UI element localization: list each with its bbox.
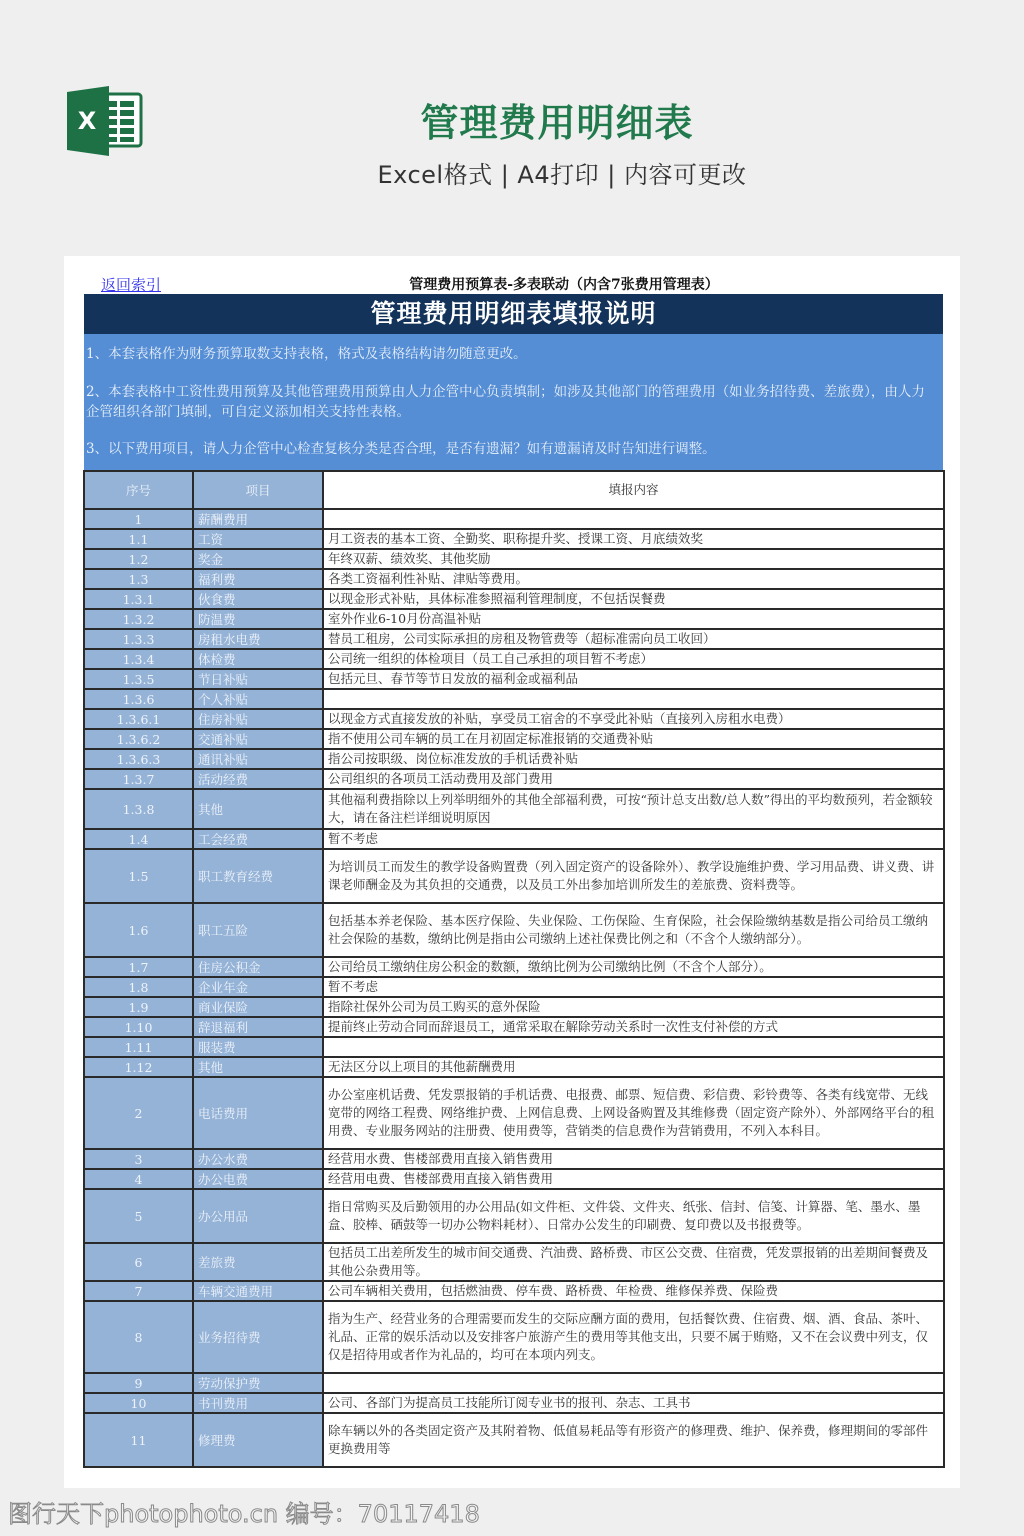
row-content[interactable]: 以现金形式补贴，具体标准参照福利管理制度，不包括误餐费 [323, 589, 944, 609]
table-row: 1.3.6.2交通补贴指不使用公司车辆的员工在月初固定标准报销的交通费补贴 [84, 729, 944, 749]
table-row: 2电话费用办公室座机话费、凭发票报销的手机话费、电报费、邮票、短信费、彩信费、彩… [84, 1077, 944, 1149]
row-item[interactable]: 企业年金 [193, 977, 323, 997]
sheet-preview: 返回索引 管理费用预算表-多表联动（内含7张费用管理表） 管理费用明细表填报说明… [64, 256, 960, 1488]
row-content[interactable]: 替员工租房，公司实际承担的房租及物管费等（超标准需向员工收回） [323, 629, 944, 649]
row-seq[interactable]: 5 [84, 1189, 193, 1243]
table-row: 1.8企业年金暂不考虑 [84, 977, 944, 997]
table-row: 5办公用品指日常购买及后勤领用的办公用品(如文件柜、文件袋、文件夹、纸张、信封、… [84, 1189, 944, 1243]
note-2: 2、本套表格中工资性费用预算及其他管理费用预算由人力企管中心负责填制；如涉及其他… [86, 382, 935, 422]
row-item[interactable]: 工资 [193, 529, 323, 549]
row-content[interactable] [323, 1373, 944, 1393]
note-1: 1、本套表格作为财务预算取数支持表格，格式及表格结构请勿随意更改。 [86, 344, 935, 364]
table-row: 1.1工资月工资表的基本工资、全勤奖、职称提升奖、授课工资、月底绩效奖 [84, 529, 944, 549]
table-row: 1.3.6.3通讯补贴指公司按职级、岗位标准发放的手机话费补贴 [84, 749, 944, 769]
row-seq[interactable]: 4 [84, 1169, 193, 1189]
row-seq[interactable]: 11 [84, 1413, 193, 1467]
row-content[interactable]: 公司给员工缴纳住房公积金的数额，缴纳比例为公司缴纳比例（不含个人部分）。 [323, 957, 944, 977]
instructions-panel: 1、本套表格作为财务预算取数支持表格，格式及表格结构请勿随意更改。 2、本套表格… [84, 334, 943, 470]
row-item[interactable]: 办公电费 [193, 1169, 323, 1189]
row-item[interactable]: 节日补贴 [193, 669, 323, 689]
table-row: 10书刊费用公司、各部门为提高员工技能所订阅专业书的报刊、杂志、工具书 [84, 1393, 944, 1413]
table-row: 8业务招待费指为生产、经营业务的合理需要而发生的交际应酬方面的费用，包括餐饮费、… [84, 1301, 944, 1373]
banner-title: 管理费用明细表填报说明 [84, 294, 943, 334]
row-seq[interactable]: 7 [84, 1281, 193, 1301]
row-content[interactable]: 办公室座机话费、凭发票报销的手机话费、电报费、邮票、短信费、彩信费、彩铃费等、各… [323, 1077, 944, 1149]
row-seq[interactable]: 1.3.6.3 [84, 749, 193, 769]
row-seq[interactable]: 1.3.6.1 [84, 709, 193, 729]
table-row: 3办公水费经营用水费、售楼部费用直接入销售费用 [84, 1149, 944, 1169]
row-seq[interactable]: 9 [84, 1373, 193, 1393]
table-row: 1.6职工五险包括基本养老保险、基本医疗保险、失业保险、工伤保险、生育保险，社会… [84, 903, 944, 957]
row-seq[interactable]: 1.3.6.2 [84, 729, 193, 749]
row-item[interactable]: 通讯补贴 [193, 749, 323, 769]
row-seq[interactable]: 1.6 [84, 903, 193, 957]
table-row: 1.2奖金年终双薪、绩效奖、其他奖励 [84, 549, 944, 569]
row-content[interactable]: 为培训员工而发生的教学设备购置费（列入固定资产的设备除外）、教学设施维护费、学习… [323, 849, 944, 903]
table-row: 1.7住房公积金公司给员工缴纳住房公积金的数额，缴纳比例为公司缴纳比例（不含个人… [84, 957, 944, 977]
table-row: 9劳动保护费 [84, 1373, 944, 1393]
row-seq[interactable]: 1.3.8 [84, 789, 193, 829]
row-item[interactable]: 活动经费 [193, 769, 323, 789]
row-content[interactable]: 指日常购买及后勤领用的办公用品(如文件柜、文件袋、文件夹、纸张、信封、信笺、计算… [323, 1189, 944, 1243]
row-content[interactable]: 暂不考虑 [323, 829, 944, 849]
row-seq[interactable]: 1.3.7 [84, 769, 193, 789]
row-item[interactable]: 住房补贴 [193, 709, 323, 729]
row-item[interactable]: 伙食费 [193, 589, 323, 609]
row-item[interactable]: 其他 [193, 789, 323, 829]
row-seq[interactable]: 1.3.4 [84, 649, 193, 669]
table-row: 1.3.8其他其他福利费指除以上列举明细外的其他全部福利费，可按“预计总支出数/… [84, 789, 944, 829]
column-header-item: 项目 [193, 471, 323, 509]
row-seq[interactable]: 1.8 [84, 977, 193, 997]
table-row: 1.3.3房租水电费替员工租房，公司实际承担的房租及物管费等（超标准需向员工收回… [84, 629, 944, 649]
row-content[interactable]: 公司、各部门为提高员工技能所订阅专业书的报刊、杂志、工具书 [323, 1393, 944, 1413]
row-item[interactable]: 商业保险 [193, 997, 323, 1017]
row-content[interactable]: 指公司按职级、岗位标准发放的手机话费补贴 [323, 749, 944, 769]
table-row: 4办公电费经营用电费、售楼部费用直接入销售费用 [84, 1169, 944, 1189]
row-item[interactable]: 劳动保护费 [193, 1373, 323, 1393]
row-seq[interactable]: 1.12 [84, 1057, 193, 1077]
row-content[interactable]: 室外作业6-10月份高温补贴 [323, 609, 944, 629]
table-row: 1.3.4体检费公司统一组织的体检项目（员工自己承担的项目暂不考虑） [84, 649, 944, 669]
row-seq[interactable]: 1.3.3 [84, 629, 193, 649]
row-item[interactable]: 防温费 [193, 609, 323, 629]
page-title: 管理费用明细表 [0, 92, 1024, 147]
row-item[interactable]: 职工教育经费 [193, 849, 323, 903]
row-seq[interactable]: 6 [84, 1243, 193, 1281]
table-row: 7车辆交通费用公司车辆相关费用，包括燃油费、停车费、路桥费、年检费、维修保养费、… [84, 1281, 944, 1301]
row-content[interactable]: 月工资表的基本工资、全勤奖、职称提升奖、授课工资、月底绩效奖 [323, 529, 944, 549]
table-row: 1.5职工教育经费为培训员工而发生的教学设备购置费（列入固定资产的设备除外）、教… [84, 849, 944, 903]
row-content[interactable]: 无法区分以上项目的其他薪酬费用 [323, 1057, 944, 1077]
row-item[interactable]: 工会经费 [193, 829, 323, 849]
row-item[interactable]: 业务招待费 [193, 1301, 323, 1373]
row-seq[interactable]: 1.7 [84, 957, 193, 977]
row-content[interactable]: 指为生产、经营业务的合理需要而发生的交际应酬方面的费用，包括餐饮费、住宿费、烟、… [323, 1301, 944, 1373]
table-row: 11修理费除车辆以外的各类固定资产及其附着物、低值易耗品等有形资产的修理费、维护… [84, 1413, 944, 1467]
row-content[interactable]: 指不使用公司车辆的员工在月初固定标准报销的交通费补贴 [323, 729, 944, 749]
row-item[interactable]: 修理费 [193, 1413, 323, 1467]
column-header-seq: 序号 [84, 471, 193, 509]
row-item[interactable]: 服装费 [193, 1037, 323, 1057]
row-seq[interactable]: 1.4 [84, 829, 193, 849]
table-row: 1.3.5节日补贴包括元旦、春节等节日发放的福利金或福利品 [84, 669, 944, 689]
row-item[interactable]: 书刊费用 [193, 1393, 323, 1413]
expense-table: 序号 项目 填报内容 1薪酬费用1.1工资月工资表的基本工资、全勤奖、职称提升奖… [83, 470, 945, 1468]
table-row: 1.3.6.1住房补贴以现金方式直接发放的补贴，享受员工宿舍的不享受此补贴（直接… [84, 709, 944, 729]
table-row: 1.12其他无法区分以上项目的其他薪酬费用 [84, 1057, 944, 1077]
row-seq[interactable]: 1.1 [84, 529, 193, 549]
row-content[interactable]: 其他福利费指除以上列举明细外的其他全部福利费，可按“预计总支出数/总人数”得出的… [323, 789, 944, 829]
row-item[interactable]: 办公用品 [193, 1189, 323, 1243]
row-seq[interactable]: 1.3.6 [84, 689, 193, 709]
row-content[interactable]: 提前终止劳动合同而辞退员工，通常采取在解除劳动关系时一次性支付补偿的方式 [323, 1017, 944, 1037]
row-item[interactable]: 车辆交通费用 [193, 1281, 323, 1301]
row-seq[interactable]: 10 [84, 1393, 193, 1413]
row-content[interactable]: 以现金方式直接发放的补贴，享受员工宿舍的不享受此补贴（直接列入房租水电费） [323, 709, 944, 729]
row-item[interactable]: 体检费 [193, 649, 323, 669]
row-item[interactable]: 办公水费 [193, 1149, 323, 1169]
row-content[interactable]: 暂不考虑 [323, 977, 944, 997]
table-row: 1.11服装费 [84, 1037, 944, 1057]
row-seq[interactable]: 1.5 [84, 849, 193, 903]
row-seq[interactable]: 1.3.5 [84, 669, 193, 689]
row-content[interactable]: 公司车辆相关费用，包括燃油费、停车费、路桥费、年检费、维修保养费、保险费 [323, 1281, 944, 1301]
row-seq[interactable]: 1.9 [84, 997, 193, 1017]
note-3: 3、以下费用项目，请人力企管中心检查复核分类是否合理，是否有遗漏？如有遗漏请及时… [86, 439, 935, 459]
row-seq[interactable]: 1.2 [84, 549, 193, 569]
row-item[interactable]: 房租水电费 [193, 629, 323, 649]
row-item[interactable]: 电话费用 [193, 1077, 323, 1149]
row-content[interactable]: 公司组织的各项员工活动费用及部门费用 [323, 769, 944, 789]
row-content[interactable]: 公司统一组织的体检项目（员工自己承担的项目暂不考虑） [323, 649, 944, 669]
row-content[interactable]: 经营用电费、售楼部费用直接入销售费用 [323, 1169, 944, 1189]
row-item[interactable]: 差旅费 [193, 1243, 323, 1281]
row-content[interactable]: 包括基本养老保险、基本医疗保险、失业保险、工伤保险、生育保险，社会保险缴纳基数是… [323, 903, 944, 957]
row-content[interactable] [323, 1037, 944, 1057]
row-item[interactable]: 交通补贴 [193, 729, 323, 749]
table-row: 1.3.6个人补贴 [84, 689, 944, 709]
table-row: 1薪酬费用 [84, 509, 944, 529]
row-item[interactable]: 辞退福利 [193, 1017, 323, 1037]
table-row: 1.3.7活动经费公司组织的各项员工活动费用及部门费用 [84, 769, 944, 789]
row-content[interactable] [323, 509, 944, 529]
row-content[interactable]: 年终双薪、绩效奖、其他奖励 [323, 549, 944, 569]
row-content[interactable] [323, 689, 944, 709]
row-seq[interactable]: 1.11 [84, 1037, 193, 1057]
row-item[interactable]: 住房公积金 [193, 957, 323, 977]
row-seq[interactable]: 3 [84, 1149, 193, 1169]
row-item[interactable]: 职工五险 [193, 903, 323, 957]
row-content[interactable]: 指除社保外公司为员工购买的意外保险 [323, 997, 944, 1017]
row-item[interactable]: 薪酬费用 [193, 509, 323, 529]
watermark: 图行天下photophoto.cn 编号：70117418 [8, 1494, 480, 1529]
row-content[interactable]: 经营用水费、售楼部费用直接入销售费用 [323, 1149, 944, 1169]
row-content[interactable]: 各类工资福利性补贴、津贴等费用。 [323, 569, 944, 589]
column-header-content: 填报内容 [323, 471, 944, 509]
row-content[interactable]: 包括元旦、春节等节日发放的福利金或福利品 [323, 669, 944, 689]
table-row: 1.3.1伙食费以现金形式补贴，具体标准参照福利管理制度，不包括误餐费 [84, 589, 944, 609]
row-seq[interactable]: 1.10 [84, 1017, 193, 1037]
row-seq[interactable]: 1.3.2 [84, 609, 193, 629]
row-seq[interactable]: 1 [84, 509, 193, 529]
table-row: 1.4工会经费暂不考虑 [84, 829, 944, 849]
table-row: 6差旅费包括员工出差所发生的城市间交通费、汽油费、路桥费、市区公交费、住宿费，凭… [84, 1243, 944, 1281]
row-content[interactable]: 包括员工出差所发生的城市间交通费、汽油费、路桥费、市区公交费、住宿费，凭发票报销… [323, 1243, 944, 1281]
row-item[interactable]: 福利费 [193, 569, 323, 589]
page-subtitle: Excel格式 | A4打印 | 内容可更改 [0, 155, 1024, 190]
table-header-row: 序号 项目 填报内容 [84, 471, 944, 509]
row-seq[interactable]: 1.3.1 [84, 589, 193, 609]
row-seq[interactable]: 8 [84, 1301, 193, 1373]
table-row: 1.3.2防温费室外作业6-10月份高温补贴 [84, 609, 944, 629]
table-row: 1.3福利费各类工资福利性补贴、津贴等费用。 [84, 569, 944, 589]
table-row: 1.10辞退福利提前终止劳动合同而辞退员工，通常采取在解除劳动关系时一次性支付补… [84, 1017, 944, 1037]
row-seq[interactable]: 1.3 [84, 569, 193, 589]
row-content[interactable]: 除车辆以外的各类固定资产及其附着物、低值易耗品等有形资产的修理费、维护、保养费，… [323, 1413, 944, 1467]
row-seq[interactable]: 2 [84, 1077, 193, 1149]
table-row: 1.9商业保险指除社保外公司为员工购买的意外保险 [84, 997, 944, 1017]
row-item[interactable]: 个人补贴 [193, 689, 323, 709]
back-to-index-link[interactable]: 返回索引 [101, 274, 161, 295]
row-item[interactable]: 其他 [193, 1057, 323, 1077]
row-item[interactable]: 奖金 [193, 549, 323, 569]
sheet-caption: 管理费用预算表-多表联动（内含7张费用管理表） [304, 274, 824, 294]
